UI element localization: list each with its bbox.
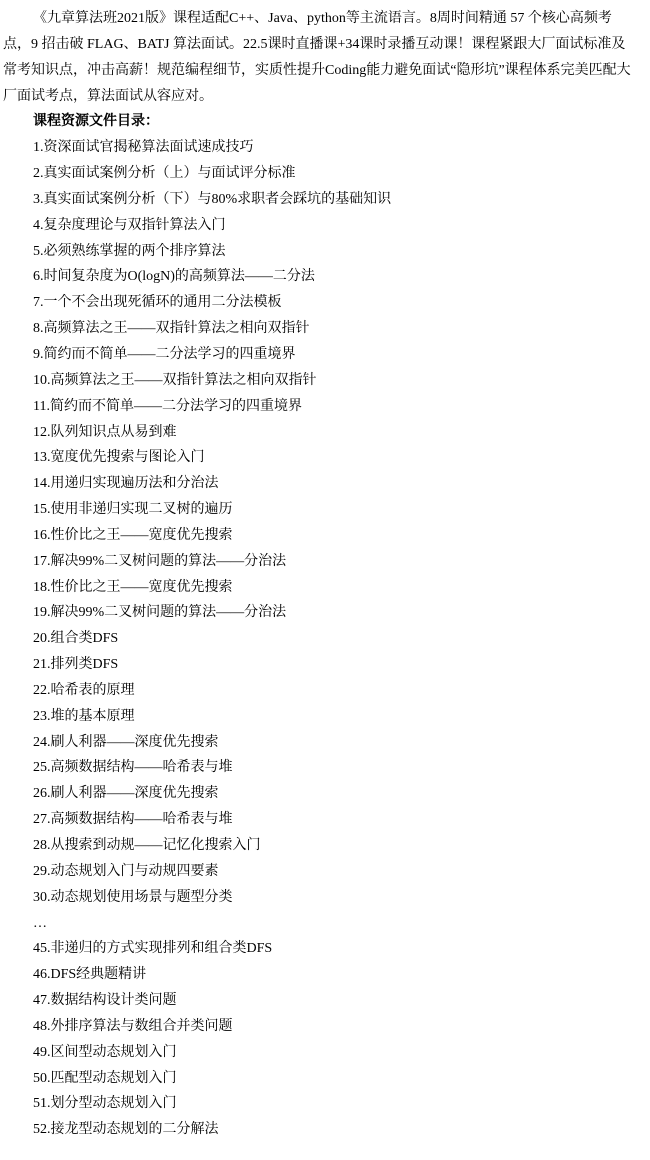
toc-item: 51.划分型动态规划入门 [33, 1091, 646, 1117]
document-page: 《九章算法班2021版》课程适配C++、Java、python等主流语言。8周时… [0, 0, 650, 1160]
toc-item: 2.真实面试案例分析（上）与面试评分标准 [33, 161, 646, 187]
toc-item: 6.时间复杂度为O(logN)的高频算法——二分法 [33, 264, 646, 290]
toc-item: 3.真实面试案例分析（下）与80%求职者会踩坑的基础知识 [33, 187, 646, 213]
toc-item: 12.队列知识点从易到难 [33, 420, 646, 446]
toc-item: 29.动态规划入门与动规四要素 [33, 859, 646, 885]
toc-item: 30.动态规划使用场景与题型分类 [33, 885, 646, 911]
toc-item: 25.高频数据结构——哈希表与堆 [33, 755, 646, 781]
toc-item: 1.资深面试官揭秘算法面试速成技巧 [33, 135, 646, 161]
toc-item: 16.性价比之王——宽度优先搜索 [33, 523, 646, 549]
toc-ellipsis: … [33, 911, 646, 937]
toc-item: 17.解决99%二叉树问题的算法——分治法 [33, 549, 646, 575]
toc-item: 7.一个不会出现死循环的通用二分法模板 [33, 290, 646, 316]
toc-item: 48.外排序算法与数组合并类问题 [33, 1014, 646, 1040]
toc-heading: 课程资源文件目录： [33, 109, 646, 135]
toc-item: 52.接龙型动态规划的二分解法 [33, 1117, 646, 1143]
toc-list: 1.资深面试官揭秘算法面试速成技巧2.真实面试案例分析（上）与面试评分标准3.真… [3, 135, 646, 1143]
toc-item: 27.高频数据结构——哈希表与堆 [33, 807, 646, 833]
intro-line: 厂面试考点，算法面试从容应对。 [3, 84, 646, 110]
intro-line: 点，9 招击破 FLAG、BATJ 算法面试。22.5课时直播课+34课时录播互… [3, 32, 646, 58]
toc-item: 8.高频算法之王——双指针算法之相向双指针 [33, 316, 646, 342]
toc-item: 26.刷人利器——深度优先搜索 [33, 781, 646, 807]
toc-item: 11.简约而不简单——二分法学习的四重境界 [33, 394, 646, 420]
intro-line: 《九章算法班2021版》课程适配C++、Java、python等主流语言。8周时… [3, 6, 646, 32]
toc-item: 50.匹配型动态规划入门 [33, 1066, 646, 1092]
intro-line: 常考知识点，冲击高薪！规范编程细节，实质性提升Coding能力避免面试“隐形坑”… [3, 58, 646, 84]
toc-item: 23.堆的基本原理 [33, 704, 646, 730]
toc-item: 10.高频算法之王——双指针算法之相向双指针 [33, 368, 646, 394]
toc-item: 20.组合类DFS [33, 626, 646, 652]
course-intro-paragraph: 《九章算法班2021版》课程适配C++、Java、python等主流语言。8周时… [3, 6, 646, 109]
toc-item: 4.复杂度理论与双指针算法入门 [33, 213, 646, 239]
toc-item: 13.宽度优先搜索与图论入门 [33, 445, 646, 471]
toc-item: 19.解决99%二叉树问题的算法——分治法 [33, 600, 646, 626]
toc-item: 45.非递归的方式实现排列和组合类DFS [33, 936, 646, 962]
toc-item: 47.数据结构设计类问题 [33, 988, 646, 1014]
toc-item: 9.简约而不简单——二分法学习的四重境界 [33, 342, 646, 368]
toc-item: 49.区间型动态规划入门 [33, 1040, 646, 1066]
toc-item: 5.必须熟练掌握的两个排序算法 [33, 239, 646, 265]
toc-item: 14.用递归实现遍历法和分治法 [33, 471, 646, 497]
toc-item: 18.性价比之王——宽度优先搜索 [33, 575, 646, 601]
toc-item: 21.排列类DFS [33, 652, 646, 678]
toc-item: 24.刷人利器——深度优先搜索 [33, 730, 646, 756]
toc-item: 46.DFS经典题精讲 [33, 962, 646, 988]
toc-item: 28.从搜索到动规——记忆化搜索入门 [33, 833, 646, 859]
toc-item: 22.哈希表的原理 [33, 678, 646, 704]
toc-item: 15.使用非递归实现二叉树的遍历 [33, 497, 646, 523]
